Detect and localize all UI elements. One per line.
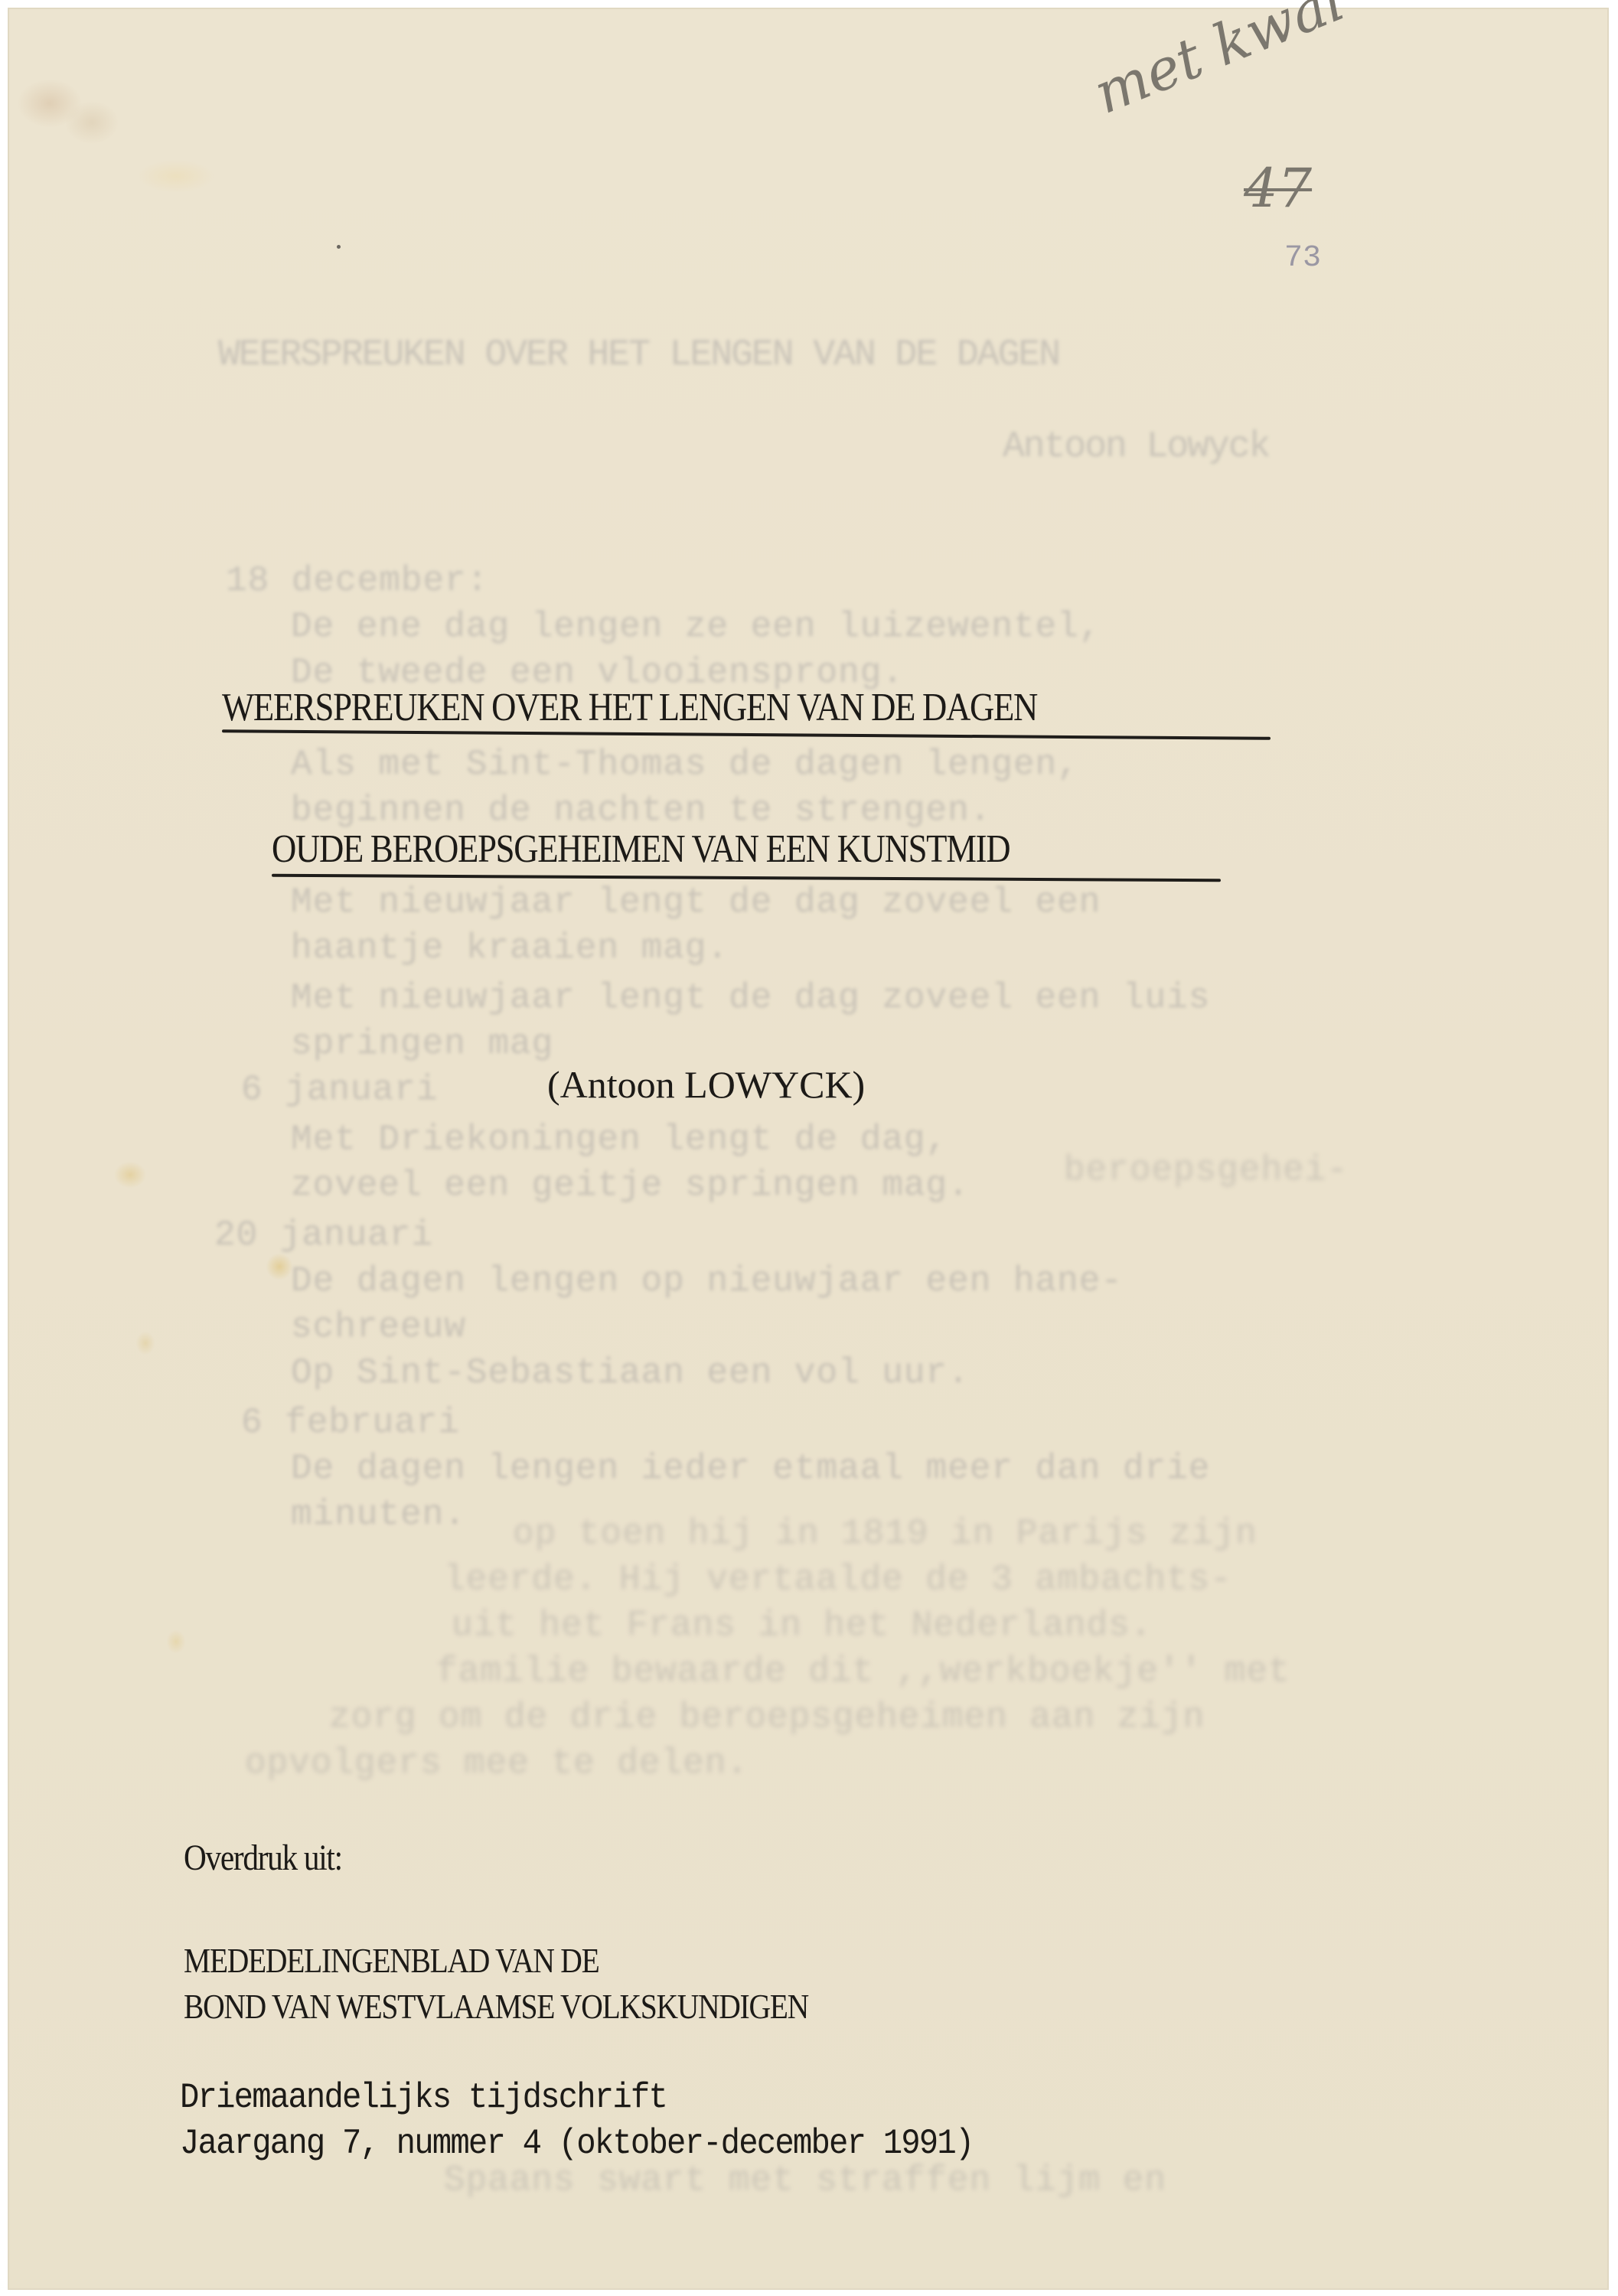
periodical-type: Driemaandelijks tijdschrift — [180, 2078, 667, 2118]
bleed-line: De dagen lengen op nieuwjaar een hane- — [291, 1259, 1123, 1303]
handwritten-note-line-2: 47 — [1244, 157, 1312, 220]
bleed-line-right: Spaans swart met straffen lijm en — [444, 2158, 1166, 2203]
bleed-line: De ene dag lengen ze een luizewentel, — [291, 605, 1101, 649]
bleed-line: Op Sint-Sebastiaan een vol uur. — [291, 1351, 970, 1395]
publication-line-2: BOND VAN WESTVLAAMSE VOLKSKUNDIGEN — [184, 1986, 808, 2027]
speck — [337, 245, 341, 249]
bleed-line: schreeuw — [291, 1305, 466, 1349]
bleed-line: 6 februari — [241, 1401, 460, 1445]
bleed-line-right: uit het Frans in het Nederlands. — [452, 1603, 1152, 1648]
bleed-line-right: opvolgers mee te delen. — [245, 1741, 749, 1786]
reprint-label: Overdruk uit: — [184, 1837, 342, 1879]
bleed-line: 18 december: — [226, 559, 488, 603]
bleed-line: Als met Sint-Thomas de dagen lengen, — [291, 742, 1079, 787]
title-1-underline — [222, 729, 1271, 740]
bleed-line: minuten. — [291, 1492, 466, 1537]
document-title-1: WEERSPREUKEN OVER HET LENGEN VAN DE DAGE… — [222, 685, 1037, 730]
page-number: 73 — [1284, 241, 1321, 276]
bleed-line: haantje kraaien mag. — [291, 926, 729, 970]
bleed-line-right: leerde. Hij vertaalde de 3 ambachts- — [444, 1557, 1232, 1602]
author-name: (Antoon LOWYCK) — [547, 1062, 865, 1107]
bleed-line-right: zorg om de drie beroepsgeheimen aan zijn — [329, 1695, 1205, 1740]
bleed-line-right: op toen hij in 1819 in Parijs zijn — [513, 1512, 1258, 1556]
bleed-through-header-title: WEERSPREUKEN OVER HET LENGEN VAN DE DAGE… — [218, 333, 1059, 377]
bleed-line: springen mag — [291, 1022, 553, 1066]
bleed-line: Met nieuwjaar lengt de dag zoveel een — [291, 880, 1101, 925]
handwritten-note-line-1: met kwal — [1085, 0, 1353, 127]
bleed-through-header-author: Antoon Lowyck — [1003, 425, 1269, 469]
bleed-line-right: beroepsgehei- — [1064, 1148, 1349, 1192]
document-page: met kwal 47 73 WEERSPREUKEN OVER HET LEN… — [8, 8, 1609, 2290]
bleed-line: De dagen lengen ieder etmaal meer dan dr… — [291, 1446, 1210, 1491]
bleed-line: zoveel een geitje springen mag. — [291, 1163, 970, 1208]
bleed-line: 6 januari — [241, 1068, 438, 1112]
issue-info: Jaargang 7, nummer 4 (oktober-december 1… — [180, 2124, 973, 2164]
bleed-line-right: familie bewaarde dit ,,werkboekje'' met — [436, 1649, 1290, 1694]
bleed-line: Met nieuwjaar lengt de dag zoveel een lu… — [291, 976, 1210, 1020]
bleed-line: 20 januari — [214, 1213, 433, 1257]
document-title-2: OUDE BEROEPSGEHEIMEN VAN EEN KUNSTMID — [272, 827, 1010, 872]
publication-line-1: MEDEDELINGENBLAD VAN DE — [184, 1940, 599, 1981]
bleed-line: Met Driekoningen lengt de dag, — [291, 1117, 948, 1162]
